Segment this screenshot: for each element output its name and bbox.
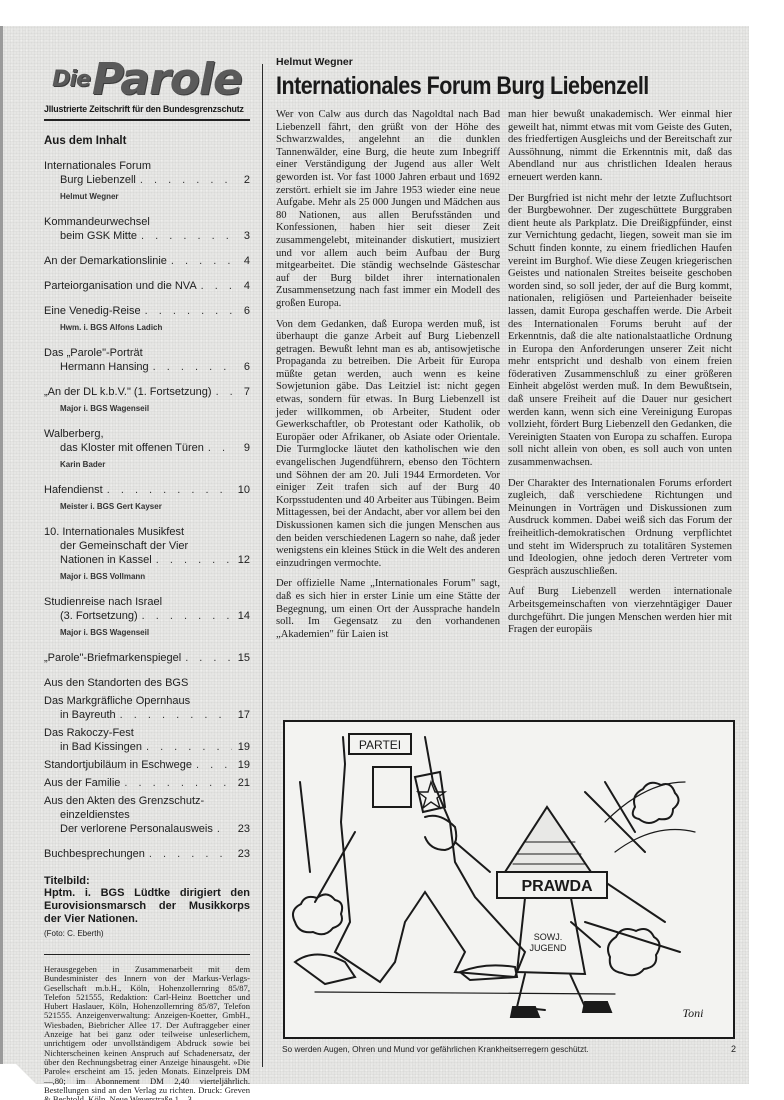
toc-page-number: 14 — [236, 609, 250, 623]
toc-page-number: 6 — [236, 360, 250, 374]
toc-entry-title: in Bad Kissingen — [60, 740, 142, 754]
toc-leader-dots — [124, 776, 232, 790]
toc-page-number: 12 — [236, 553, 250, 567]
toc-entry-title: Der verlorene Personalausweis — [60, 822, 213, 836]
toc-entry-title: einzeldienstes — [60, 808, 130, 822]
toc-entry-title: der Gemeinschaft der Vier — [60, 539, 188, 553]
toc-entry-author: Major i. BGS Wagenseil — [44, 626, 250, 640]
toc-page-number: 4 — [236, 279, 250, 293]
toc-entry-title: Aus den Akten des Grenzschutz- — [44, 794, 204, 808]
article-column-2: man hier bewußt unakademisch. Wer einmal… — [508, 109, 732, 649]
toc-entry[interactable]: Hafendienst10Meister i. BGS Gert Kayser — [44, 483, 250, 514]
toc-page-number: 10 — [236, 483, 250, 497]
toc-entry[interactable]: Das Markgräfliche Opernhausin Bayreuth17 — [44, 694, 250, 722]
toc-entry-title: „An der DL k.b.V." (1. Fortsetzung) — [44, 385, 212, 399]
toc-leader-dots — [107, 483, 232, 497]
toc-leader-dots — [153, 360, 232, 374]
masthead: DieParole Jllustrierte Zeitschrift für d… — [44, 58, 250, 121]
column-divider — [262, 64, 263, 1067]
toc-entry-title: 10. Internationales Musikfest — [44, 525, 184, 539]
toc-entry-title: Aus den Standorten des BGS — [44, 676, 188, 690]
toc-entry-title: Nationen in Kassel — [60, 553, 152, 567]
paragraph: Der offizielle Name „Internationales For… — [276, 578, 500, 641]
toc-entry[interactable]: Internationales ForumBurg Liebenzell2Hel… — [44, 159, 250, 204]
toc-entry-author: Hwm. i. BGS Alfons Ladich — [44, 321, 250, 335]
toc-leader-dots — [146, 740, 232, 754]
toc-entry-title: Buchbesprechungen — [44, 847, 145, 861]
page-number: 2 — [731, 1044, 736, 1054]
article-columns: Wer von Calw aus durch das Nagoldtal nac… — [276, 109, 732, 649]
article-headline: Internationales Forum Burg Liebenzell — [276, 72, 668, 101]
paragraph: Der Charakter des Internationalen Forums… — [508, 478, 732, 579]
logo-parole: Parole — [92, 54, 242, 105]
photo-credit: (Foto: C. Eberth) — [44, 929, 250, 938]
toc-page-number: 19 — [236, 740, 250, 754]
toc-entry-title: An der Demarkationslinie — [44, 254, 167, 268]
cover-description: Hptm. i. BGS Lüdtke dirigiert den Eurovi… — [44, 887, 250, 926]
logo-die: Die — [52, 67, 90, 92]
toc-entry-title: Eine Venedig-Reise — [44, 304, 141, 318]
jugend-label: JUGEND — [529, 943, 567, 953]
toc-page-number: 4 — [236, 254, 250, 268]
toc-entry-title: (3. Fortsetzung) — [60, 609, 138, 623]
toc-entry[interactable]: Aus den Akten des Grenzschutz-einzeldien… — [44, 794, 250, 836]
toc-entry-title: in Bayreuth — [60, 708, 116, 722]
toc-page-number: 9 — [236, 441, 250, 455]
toc-title: Aus dem Inhalt — [44, 135, 250, 147]
toc-leader-dots — [171, 254, 232, 268]
cartoon-caption: So werden Augen, Ohren und Mund vor gefä… — [282, 1044, 589, 1054]
toc-page-number: 19 — [236, 758, 250, 772]
toc-entry[interactable]: Eine Venedig-Reise6Hwm. i. BGS Alfons La… — [44, 304, 250, 335]
toc-page-number: 2 — [236, 173, 250, 187]
toc-entry[interactable]: Kommandeurwechselbeim GSK Mitte3 — [44, 215, 250, 243]
toc-page-number: 3 — [236, 229, 250, 243]
toc-entry-title: Das Markgräfliche Opernhaus — [44, 694, 190, 708]
toc-leader-dots — [216, 385, 232, 399]
toc-page-number: 17 — [236, 708, 250, 722]
toc-entry-title: Das Rakoczy-Fest — [44, 726, 134, 740]
imprint: Herausgegeben in Zusammenarbeit mit dem … — [44, 965, 250, 1100]
toc-entry[interactable]: Buchbesprechungen23 — [44, 847, 250, 861]
toc-page-number: 21 — [236, 776, 250, 790]
toc-entry[interactable]: An der Demarkationslinie4 — [44, 254, 250, 268]
article-column-1: Wer von Calw aus durch das Nagoldtal nac… — [276, 109, 500, 649]
toc-entry-title: Das „Parole"-Porträt — [44, 346, 143, 360]
toc-entry[interactable]: „Parole"-Briefmarkenspiegel15 — [44, 651, 250, 665]
toc-leader-dots — [149, 847, 232, 861]
toc-leader-dots — [201, 279, 232, 293]
toc-entry[interactable]: Studienreise nach Israel(3. Fortsetzung)… — [44, 595, 250, 640]
imprint-rule — [44, 954, 250, 955]
toc-entry[interactable]: Walberberg,das Kloster mit offenen Türen… — [44, 427, 250, 472]
sidebar: DieParole Jllustrierte Zeitschrift für d… — [44, 58, 250, 1100]
cover-info: Titelbild: Hptm. i. BGS Lüdtke dirigiert… — [44, 875, 250, 938]
toc-leader-dots — [140, 173, 232, 187]
toc-leader-dots — [217, 822, 232, 836]
toc-page-number: 23 — [236, 847, 250, 861]
toc-entry[interactable]: Aus den Standorten des BGS — [44, 676, 250, 690]
toc-leader-dots — [185, 651, 232, 665]
article: Helmut Wegner Internationales Forum Burg… — [276, 56, 732, 649]
cover-label: Titelbild: — [44, 875, 250, 887]
toc-entry-author: Meister i. BGS Gert Kayser — [44, 500, 250, 514]
paragraph: Auf Burg Liebenzell werden international… — [508, 586, 732, 636]
artist-signature: Toni — [683, 1006, 704, 1020]
sowj-label: SOWJ. — [534, 932, 563, 942]
cartoon-illustration: PARTEI PRAWDA SOWJ. JUGEND Toni — [283, 720, 735, 1039]
toc-entry-title: Parteiorganisation und die NVA — [44, 279, 197, 293]
toc-entry-title: Burg Liebenzell — [60, 173, 136, 187]
toc-leader-dots — [156, 553, 232, 567]
toc-page-number: 7 — [236, 385, 250, 399]
toc-entry[interactable]: 10. Internationales Musikfestder Gemeins… — [44, 525, 250, 584]
toc-entry-title: Studienreise nach Israel — [44, 595, 162, 609]
tagline: Jllustrierte Zeitschrift für den Bundesg… — [44, 104, 234, 115]
paragraph: Der Burgfried ist nicht mehr der letzte … — [508, 193, 732, 470]
toc-leader-dots — [120, 708, 232, 722]
toc-entry[interactable]: Parteiorganisation und die NVA4 — [44, 279, 250, 293]
toc-entry-title: Aus der Familie — [44, 776, 120, 790]
toc-entry-title: das Kloster mit offenen Türen — [60, 441, 204, 455]
toc-entry[interactable]: „An der DL k.b.V." (1. Fortsetzung)7Majo… — [44, 385, 250, 416]
article-byline: Helmut Wegner — [276, 56, 732, 68]
paragraph: Von dem Gedanken, daß Europa werden muß,… — [276, 319, 500, 571]
cartoon-drawing: PARTEI PRAWDA SOWJ. JUGEND Toni — [285, 722, 733, 1037]
toc-leader-dots — [208, 441, 232, 455]
toc-page-number: 15 — [236, 651, 250, 665]
toc-entry[interactable]: Standortjubiläum in Eschwege19 — [44, 758, 250, 772]
toc-entry-author: Major i. BGS Vollmann — [44, 570, 250, 584]
prawda-label: PRAWDA — [521, 878, 593, 895]
toc-entry-title: Hafendienst — [44, 483, 103, 497]
paragraph: man hier bewußt unakademisch. Wer einmal… — [508, 109, 732, 185]
paragraph: Wer von Calw aus durch das Nagoldtal nac… — [276, 109, 500, 311]
toc-entry[interactable]: Aus der Familie21 — [44, 776, 250, 790]
toc-entry-title: beim GSK Mitte — [60, 229, 137, 243]
toc-entry-title: Standortjubiläum in Eschwege — [44, 758, 192, 772]
toc-leader-dots — [145, 304, 232, 318]
toc-entry-title: Internationales Forum — [44, 159, 151, 173]
toc-entry-author: Major i. BGS Wagenseil — [44, 402, 250, 416]
toc-leader-dots — [196, 758, 232, 772]
toc-entry-title: Hermann Hansing — [60, 360, 149, 374]
toc-entry-title: „Parole"-Briefmarkenspiegel — [44, 651, 181, 665]
toc-entry-title: Walberberg, — [44, 427, 104, 441]
toc-page-number: 23 — [236, 822, 250, 836]
toc-entry[interactable]: Das „Parole"-PorträtHermann Hansing6 — [44, 346, 250, 374]
toc-entry-title: Kommandeurwechsel — [44, 215, 150, 229]
toc-page-number: 6 — [236, 304, 250, 318]
toc-entry[interactable]: Das Rakoczy-Festin Bad Kissingen19 — [44, 726, 250, 754]
table-of-contents: Internationales ForumBurg Liebenzell2Hel… — [44, 159, 250, 861]
toc-entry-author: Helmut Wegner — [44, 190, 250, 204]
toc-leader-dots — [141, 229, 232, 243]
magazine-logo: DieParole — [44, 58, 250, 102]
partei-label: PARTEI — [359, 738, 401, 752]
masthead-rule — [44, 119, 250, 121]
toc-entry-author: Karin Bader — [44, 458, 250, 472]
toc-leader-dots — [142, 609, 232, 623]
